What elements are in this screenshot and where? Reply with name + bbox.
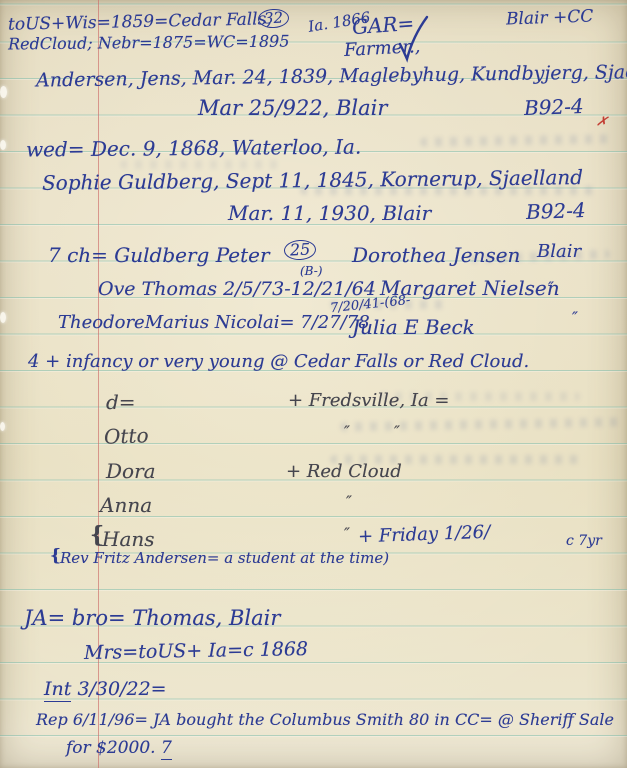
paper-speck xyxy=(0,86,7,98)
child3-spouse: Julia E Beck xyxy=(352,315,475,339)
header-redcloud-line: RedCloud; Nebr=1875=WC=1895 xyxy=(8,32,290,54)
child-list-d-note: + Fredsville, Ia = xyxy=(288,390,450,411)
report-line: Rep 6/11/96= JA bought the Columbus Smit… xyxy=(36,710,614,729)
child-list-d: d= xyxy=(106,390,136,414)
bleed-through xyxy=(420,134,610,146)
paper-speck xyxy=(0,312,6,323)
subject-ref: B92-4 xyxy=(524,94,584,120)
subject-name-birth: Andersen, Jens, Mar. 24, 1839, Maglebyhu… xyxy=(36,60,627,91)
red-x-mark: ✗ xyxy=(595,113,609,130)
child-list-hans: Hans xyxy=(102,527,155,551)
child-list-anna-ditto: ″ xyxy=(346,492,352,511)
child3-name-dates: TheodoreMarius Nicolai= 7/27/78 xyxy=(58,312,370,333)
circled-count-value: 25 xyxy=(283,239,316,261)
spouse-ref: B92-4 xyxy=(526,198,586,224)
paper-speck xyxy=(0,422,5,431)
price-mark: 7 xyxy=(161,738,172,760)
child-list-anna: Anna xyxy=(100,493,152,517)
infancy-note: 4 + infancy or very young @ Cedar Falls … xyxy=(28,351,529,372)
notebook-page: toUS+Wis=1859=Cedar Falls, 32 Ia. 1866 G… xyxy=(0,0,627,768)
child-list-otto-ditto: ″ xyxy=(344,422,380,441)
child-list-hans-ditto: ″ xyxy=(344,524,350,543)
child-list-dora: Dora xyxy=(106,459,156,483)
child-list-otto: Otto xyxy=(104,423,149,449)
interment-date: 3/30/22= xyxy=(77,678,166,700)
child2-name-dates: Ove Thomas 2/5/73-12/21/64 xyxy=(98,278,376,300)
price-text: for $2000. xyxy=(66,738,156,758)
children-place: Blair xyxy=(537,241,581,262)
circled-count-badge: 25 xyxy=(283,239,316,261)
children-heading: 7 ch= Guldberg Peter xyxy=(48,243,270,267)
interment-label: Int xyxy=(44,678,71,702)
child-list-hans-note: + Friday 1/26/ xyxy=(358,522,491,548)
subject-death: Mar 25/922, Blair xyxy=(198,96,387,120)
spouse-death: Mar. 11, 1930, Blair xyxy=(228,201,431,225)
student-note: Rev Fritz Andersen= a student at the tim… xyxy=(60,549,389,567)
header-location-ref: Blair +CC xyxy=(506,6,594,29)
circled-age-value: 32 xyxy=(258,8,290,29)
paper-speck xyxy=(0,140,6,150)
spouse-name-birth: Sophie Guldberg, Sept 11, 1845, Kornerup… xyxy=(42,165,583,195)
subject-wedding: wed= Dec. 9, 1868, Waterloo, Ia. xyxy=(26,135,361,162)
child3-ditto: ″ xyxy=(572,308,578,327)
child2-ditto: ″ xyxy=(548,278,554,297)
interment-line: Int 3/30/22= xyxy=(44,678,167,700)
circled-age-badge: 32 xyxy=(258,8,290,29)
child2-superscript: (B-) xyxy=(300,264,322,278)
bleed-through xyxy=(340,418,620,432)
checkmark-icon xyxy=(396,14,430,64)
mrs-line: Mrs=toUS+ Ia=c 1868 xyxy=(84,638,308,664)
header-immigration-line: toUS+Wis=1859=Cedar Falls, xyxy=(8,9,272,35)
child-list-dora-note: + Red Cloud xyxy=(286,461,402,482)
brother-line: JA= bro= Thomas, Blair xyxy=(24,606,280,630)
price-line: for $2000. 7 xyxy=(66,738,172,758)
hans-age-note: c 7yr xyxy=(566,533,602,549)
child1-spouse: Dorothea Jensen xyxy=(352,243,520,267)
child-list-otto-ditto2: ″ xyxy=(394,422,400,441)
